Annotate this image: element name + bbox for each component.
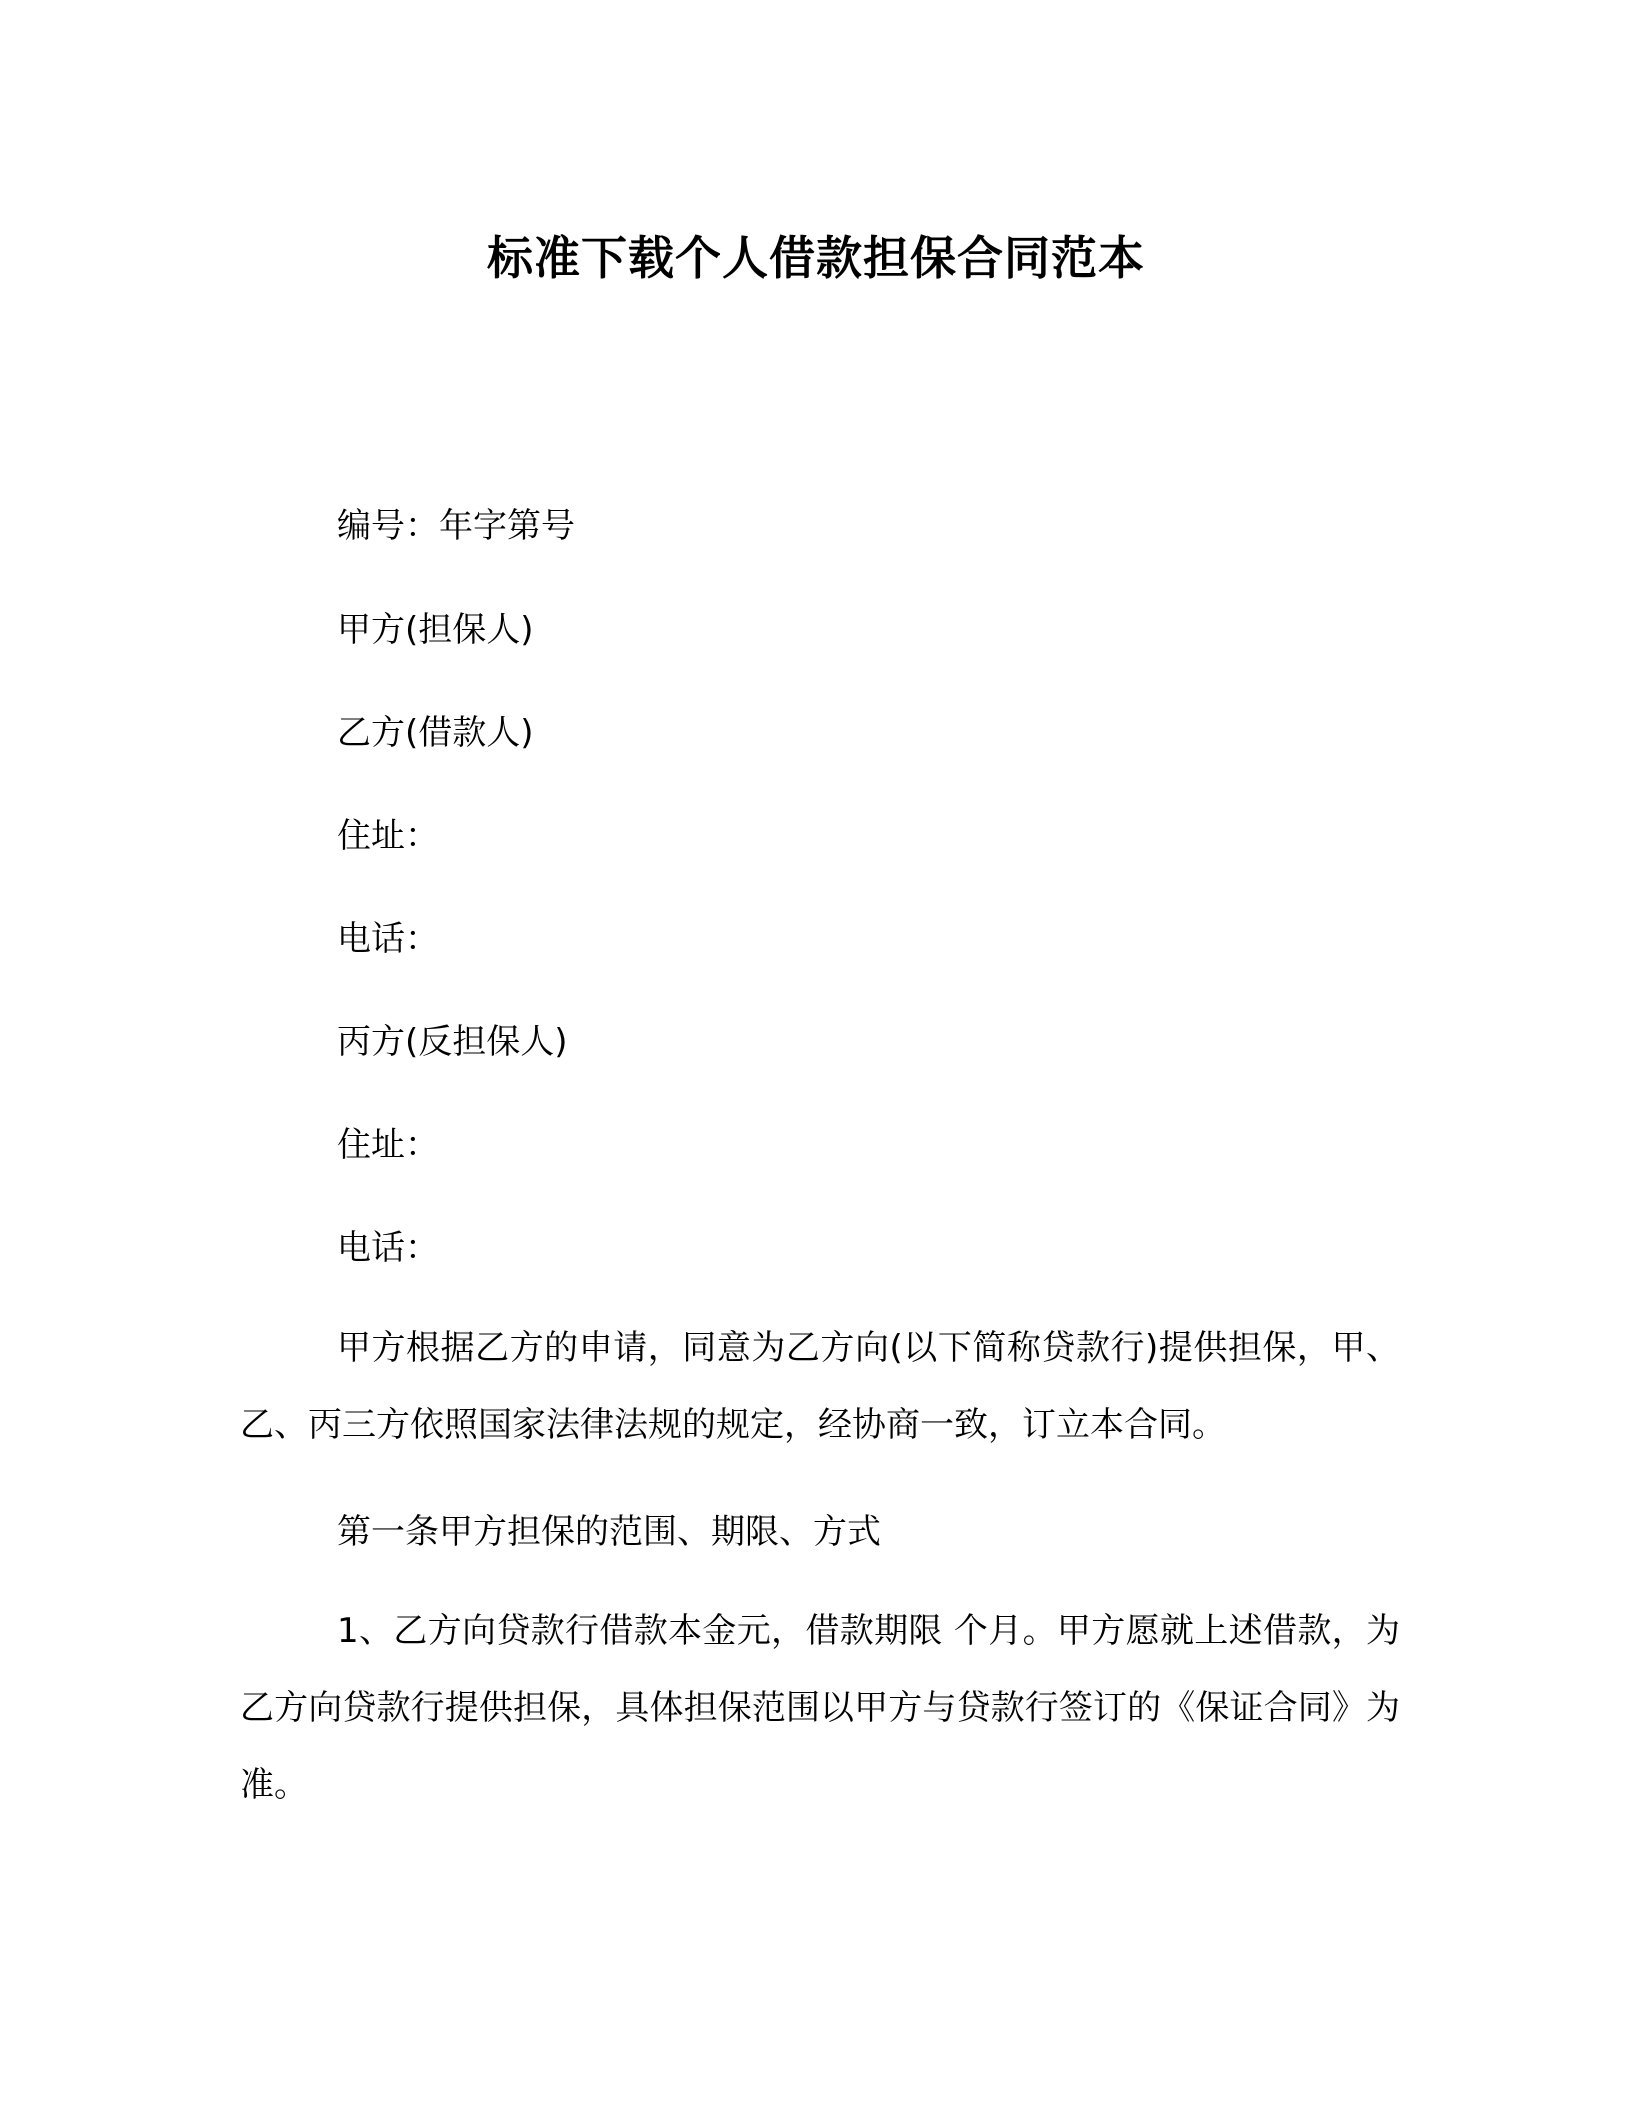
article-1-clause-1: 1、乙方向贷款行借款本金元，借款期限 个月。甲方愿就上述借款，为乙方向贷款行提供… bbox=[240, 1593, 1400, 1824]
party-c-phone-field: 电话： bbox=[337, 1220, 439, 1269]
article-1-heading: 第一条甲方担保的范围、期限、方式 bbox=[337, 1504, 881, 1553]
party-b-address-field: 住址： bbox=[337, 808, 439, 857]
party-c-address-field: 住址： bbox=[337, 1117, 439, 1166]
contract-number-field: 编号：年字第号 bbox=[337, 498, 575, 547]
party-c-label: 丙方(反担保人) bbox=[337, 1014, 568, 1063]
party-a-label: 甲方(担保人) bbox=[337, 602, 534, 651]
intro-paragraph: 甲方根据乙方的申请，同意为乙方向(以下简称贷款行)提供担保，甲、乙、丙三方依照国… bbox=[240, 1310, 1400, 1464]
party-b-label: 乙方(借款人) bbox=[337, 705, 534, 754]
document-title: 标准下载个人借款担保合同范本 bbox=[0, 222, 1632, 288]
party-b-phone-field: 电话： bbox=[337, 911, 439, 960]
